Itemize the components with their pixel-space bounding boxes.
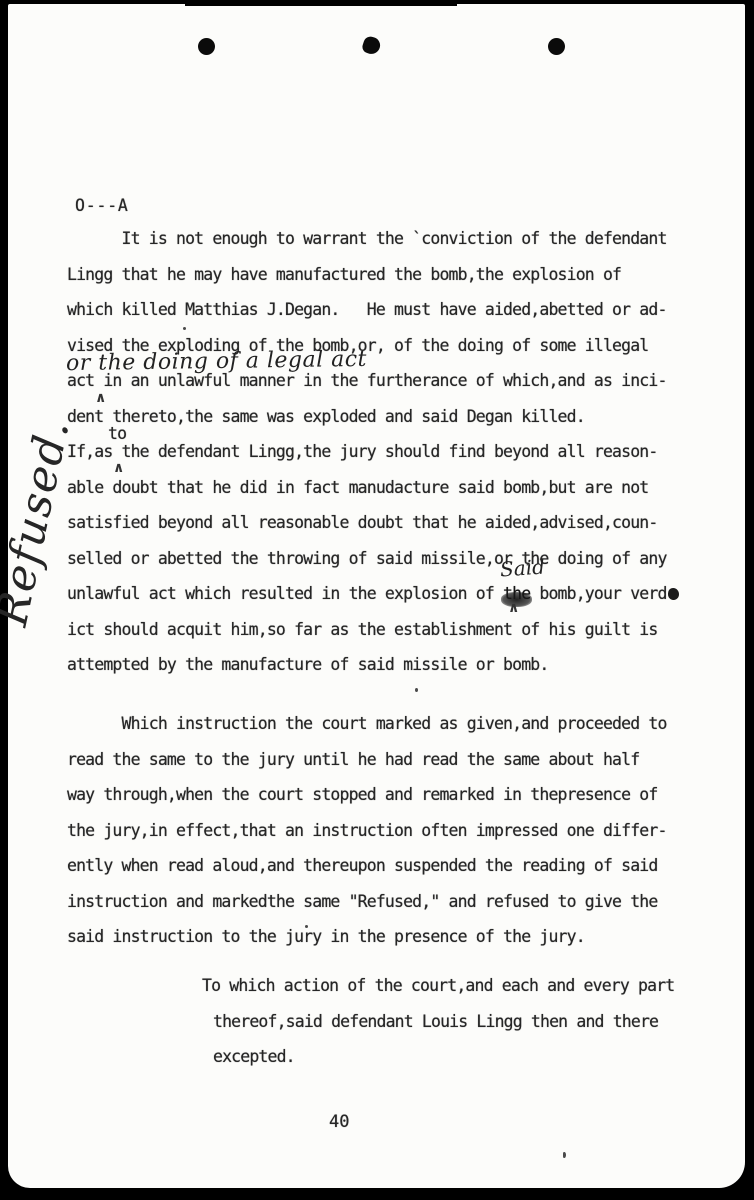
text-line: selled or abetted the throwing of said m… bbox=[67, 541, 679, 577]
interline-note-handwritten: or the doing of a legal act bbox=[66, 347, 367, 376]
line-segment: unlawful act which resulted in the explo… bbox=[67, 584, 503, 603]
caret-mark: ∧ bbox=[113, 461, 124, 475]
inserted-word: to bbox=[108, 424, 126, 443]
ink-speck bbox=[415, 688, 418, 692]
ink-speck bbox=[183, 327, 186, 330]
text-line: read the same to the jury until he had r… bbox=[67, 742, 667, 778]
text-line: attempted by the manufacture of said mis… bbox=[67, 647, 679, 683]
paragraph-3-exception: To which action of the court,and each an… bbox=[202, 968, 674, 1075]
text-line: dent thereto,the same was exploded and s… bbox=[67, 399, 679, 435]
text-line: instruction and markedthe same "Refused,… bbox=[67, 884, 667, 920]
text-line: thereof,said defendant Louis Lingg then … bbox=[202, 1004, 674, 1040]
ink-dot bbox=[548, 38, 565, 55]
caret-mark: ∧ bbox=[95, 391, 106, 405]
caret-mark: ∧ bbox=[508, 601, 519, 615]
ink-speck bbox=[305, 925, 308, 928]
text-line: satisfied beyond all reasonable doubt th… bbox=[67, 505, 679, 541]
ink-blot bbox=[668, 588, 679, 600]
doc-label: O---A bbox=[75, 196, 129, 215]
text-line: excepted. bbox=[202, 1039, 674, 1075]
text-line: ently when read aloud,and thereupon susp… bbox=[67, 848, 667, 884]
text-line: which killed Matthias J.Degan. He must h… bbox=[67, 292, 679, 328]
page-number: 40 bbox=[329, 1112, 349, 1132]
scan-edge-mark bbox=[185, 0, 457, 6]
text-line: ict should acquit him,so far as the esta… bbox=[67, 612, 679, 648]
text-line: unlawful act which resulted in the explo… bbox=[67, 576, 679, 612]
text-line: To which action of the court,and each an… bbox=[202, 968, 674, 1004]
text-line: way through,when the court stopped and r… bbox=[67, 777, 667, 813]
ink-dot bbox=[198, 38, 215, 55]
text-line: the jury,in effect,that an instruction o… bbox=[67, 813, 667, 849]
text-line: said instruction to the jury in the pres… bbox=[67, 919, 667, 955]
text-line: It is not enough to warrant the `convict… bbox=[67, 221, 679, 257]
ink-speck bbox=[563, 1152, 566, 1158]
text-line: Which instruction the court marked as gi… bbox=[67, 706, 667, 742]
paragraph-2: Which instruction the court marked as gi… bbox=[67, 706, 667, 955]
line-segment: bomb,your verd bbox=[530, 584, 666, 603]
text-line: Lingg that he may have manufactured the … bbox=[67, 257, 679, 293]
said-note-handwritten: Said bbox=[499, 554, 545, 581]
text-line: If,as the defendant Lingg,the jury shoul… bbox=[67, 434, 679, 470]
paragraph-1: It is not enough to warrant the `convict… bbox=[67, 221, 679, 683]
text-line: able doubt that he did in fact manudactu… bbox=[67, 470, 679, 506]
scanned-page: O---A It is not enough to warrant the `c… bbox=[0, 0, 754, 1200]
